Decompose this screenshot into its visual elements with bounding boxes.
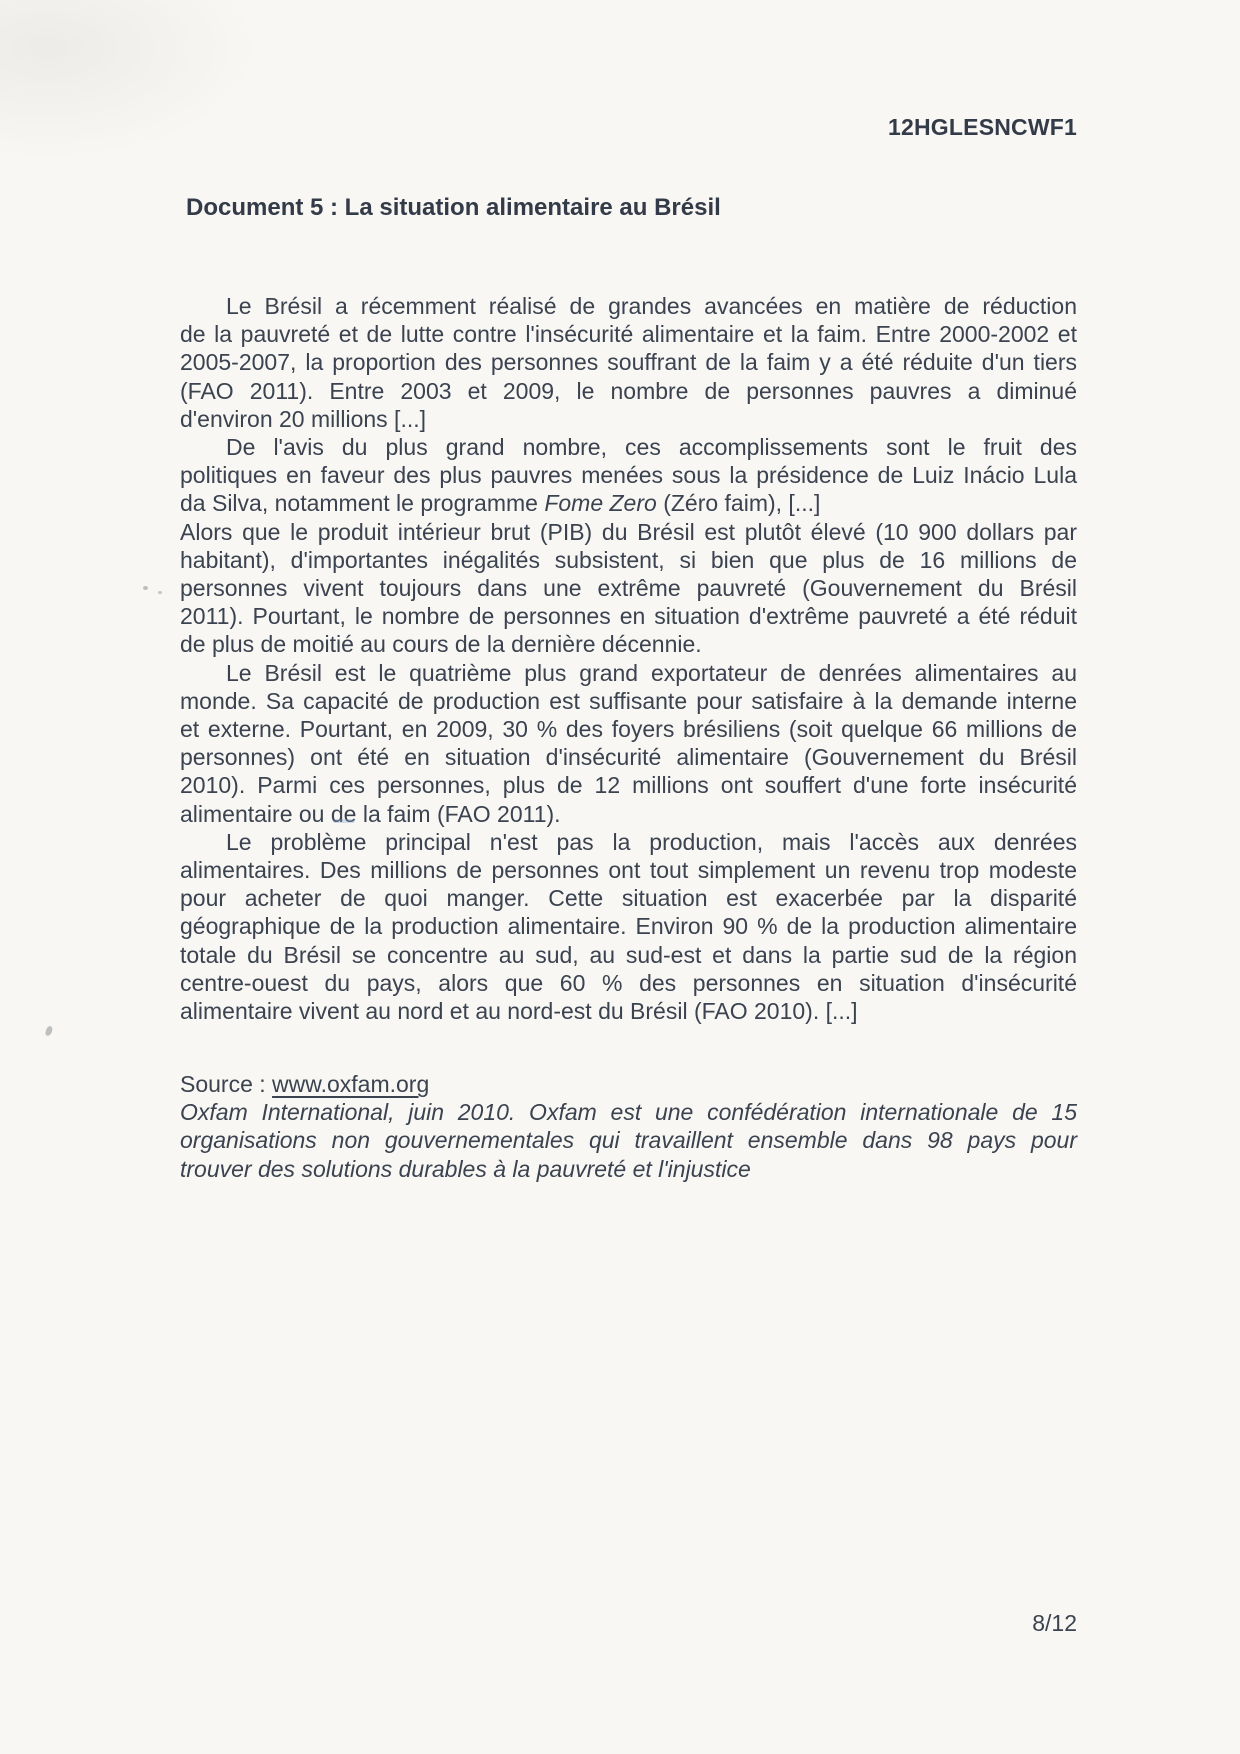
text-line: de plus de moitié au cours de la dernièr… xyxy=(180,630,1077,658)
text-line: habitant), d'importantes inégalités subs… xyxy=(180,546,1077,574)
text-line: (FAO 2011). Entre 2003 et 2009, le nombr… xyxy=(180,377,1077,405)
text-line: Le Brésil est le quatrième plus grand ex… xyxy=(180,659,1077,687)
text-segment: alimentaire ou de la faim (FAO 2011). xyxy=(180,801,561,827)
text-segment: personnes vivent toujours dans une extrê… xyxy=(180,575,1077,601)
text-segment: de la pauvreté et de lutte contre l'insé… xyxy=(180,321,1077,347)
text-segment: De l'avis du plus grand nombre, ces acco… xyxy=(226,434,1077,460)
text-segment: Oxfam International, juin 2010. Oxfam es… xyxy=(180,1099,1077,1125)
text-line: alimentaire vivent au nord et au nord-es… xyxy=(180,997,1077,1025)
source-line: Source : www.oxfam.org xyxy=(180,1070,1077,1098)
text-line: 2011). Pourtant, le nombre de personnes … xyxy=(180,602,1077,630)
text-line: trouver des solutions durables à la pauv… xyxy=(180,1155,1077,1183)
text-segment: da Silva, notamment le programme xyxy=(180,490,544,516)
text-line: Le problème principal n'est pas la produ… xyxy=(180,828,1077,856)
text-line: da Silva, notamment le programme Fome Ze… xyxy=(180,489,1077,517)
text-line: et externe. Pourtant, en 2009, 30 % des … xyxy=(180,715,1077,743)
text-segment: (FAO 2011). Entre 2003 et 2009, le nombr… xyxy=(180,378,1077,404)
text-segment: (Zéro faim), [...] xyxy=(657,490,821,516)
text-segment: alimentaire vivent au nord et au nord-es… xyxy=(180,998,858,1024)
text-line: de la pauvreté et de lutte contre l'insé… xyxy=(180,320,1077,348)
text-line: 2010). Parmi ces personnes, plus de 12 m… xyxy=(180,771,1077,799)
text-line: centre-ouest du pays, alors que 60 % des… xyxy=(180,969,1077,997)
source-link: www.oxfam.org xyxy=(272,1071,429,1097)
text-segment: Le Brésil est le quatrième plus grand ex… xyxy=(226,660,1077,686)
text-line: Oxfam International, juin 2010. Oxfam es… xyxy=(180,1098,1077,1126)
text-segment: de plus de moitié au cours de la dernièr… xyxy=(180,631,702,657)
text-line: géographique de la production alimentair… xyxy=(180,912,1077,940)
document-page: { "page": { "header_code": "12HGLESNCWF1… xyxy=(0,0,1240,1754)
credit-text: Oxfam International, juin 2010. Oxfam es… xyxy=(180,1098,1077,1183)
text-segment: pour acheter de quoi manger. Cette situa… xyxy=(180,885,1077,911)
text-segment: 2010). Parmi ces personnes, plus de 12 m… xyxy=(180,772,1077,798)
source-label: Source : xyxy=(180,1071,272,1097)
body-text: Le Brésil a récemment réalisé de grandes… xyxy=(180,292,1077,1025)
text-line: monde. Sa capacité de production est suf… xyxy=(180,687,1077,715)
text-line: d'environ 20 millions [...] xyxy=(180,405,1077,433)
text-line: organisations non gouvernementales qui t… xyxy=(180,1126,1077,1154)
page-number: 8/12 xyxy=(180,1610,1077,1637)
text-segment: Le Brésil a récemment réalisé de grandes… xyxy=(226,293,1077,319)
text-line: pour acheter de quoi manger. Cette situa… xyxy=(180,884,1077,912)
text-segment: centre-ouest du pays, alors que 60 % des… xyxy=(180,970,1077,996)
text-segment: d'environ 20 millions [...] xyxy=(180,406,426,432)
text-segment: 2011). Pourtant, le nombre de personnes … xyxy=(180,603,1077,629)
text-segment: alimentaires. Des millions de personnes … xyxy=(180,857,1077,883)
text-segment: organisations non gouvernementales qui t… xyxy=(180,1127,1077,1153)
italic-text: Fome Zero xyxy=(544,490,656,516)
scan-speck xyxy=(158,591,162,594)
text-line: politiques en faveur des plus pauvres me… xyxy=(180,461,1077,489)
text-segment: trouver des solutions durables à la pauv… xyxy=(180,1156,751,1182)
text-line: personnes vivent toujours dans une extrê… xyxy=(180,574,1077,602)
text-line: De l'avis du plus grand nombre, ces acco… xyxy=(180,433,1077,461)
text-segment: Le problème principal n'est pas la produ… xyxy=(226,829,1077,855)
text-segment: personnes) ont été en situation d'insécu… xyxy=(180,744,1077,770)
text-line: Alors que le produit intérieur brut (PIB… xyxy=(180,518,1077,546)
text-line: alimentaire ou de la faim (FAO 2011). xyxy=(180,800,1077,828)
text-segment: et externe. Pourtant, en 2009, 30 % des … xyxy=(180,716,1077,742)
text-segment: monde. Sa capacité de production est suf… xyxy=(180,688,1077,714)
text-segment: totale du Brésil se concentre au sud, au… xyxy=(180,942,1077,968)
header-code: 12HGLESNCWF1 xyxy=(180,114,1077,141)
text-line: alimentaires. Des millions de personnes … xyxy=(180,856,1077,884)
text-line: totale du Brésil se concentre au sud, au… xyxy=(180,941,1077,969)
text-line: 2005-2007, la proportion des personnes s… xyxy=(180,348,1077,376)
text-segment: politiques en faveur des plus pauvres me… xyxy=(180,462,1077,488)
text-line: personnes) ont été en situation d'insécu… xyxy=(180,743,1077,771)
text-segment: géographique de la production alimentair… xyxy=(180,913,1077,939)
scan-speck xyxy=(143,586,148,590)
text-segment: Alors que le produit intérieur brut (PIB… xyxy=(180,519,1077,545)
page-title: Document 5 : La situation alimentaire au… xyxy=(186,194,1083,222)
text-segment: 2005-2007, la proportion des personnes s… xyxy=(180,349,1077,375)
scan-speck xyxy=(45,1025,54,1036)
source-block: Source : www.oxfam.org Oxfam Internation… xyxy=(180,1070,1077,1183)
text-line: Le Brésil a récemment réalisé de grandes… xyxy=(180,292,1077,320)
text-segment: habitant), d'importantes inégalités subs… xyxy=(180,547,1077,573)
